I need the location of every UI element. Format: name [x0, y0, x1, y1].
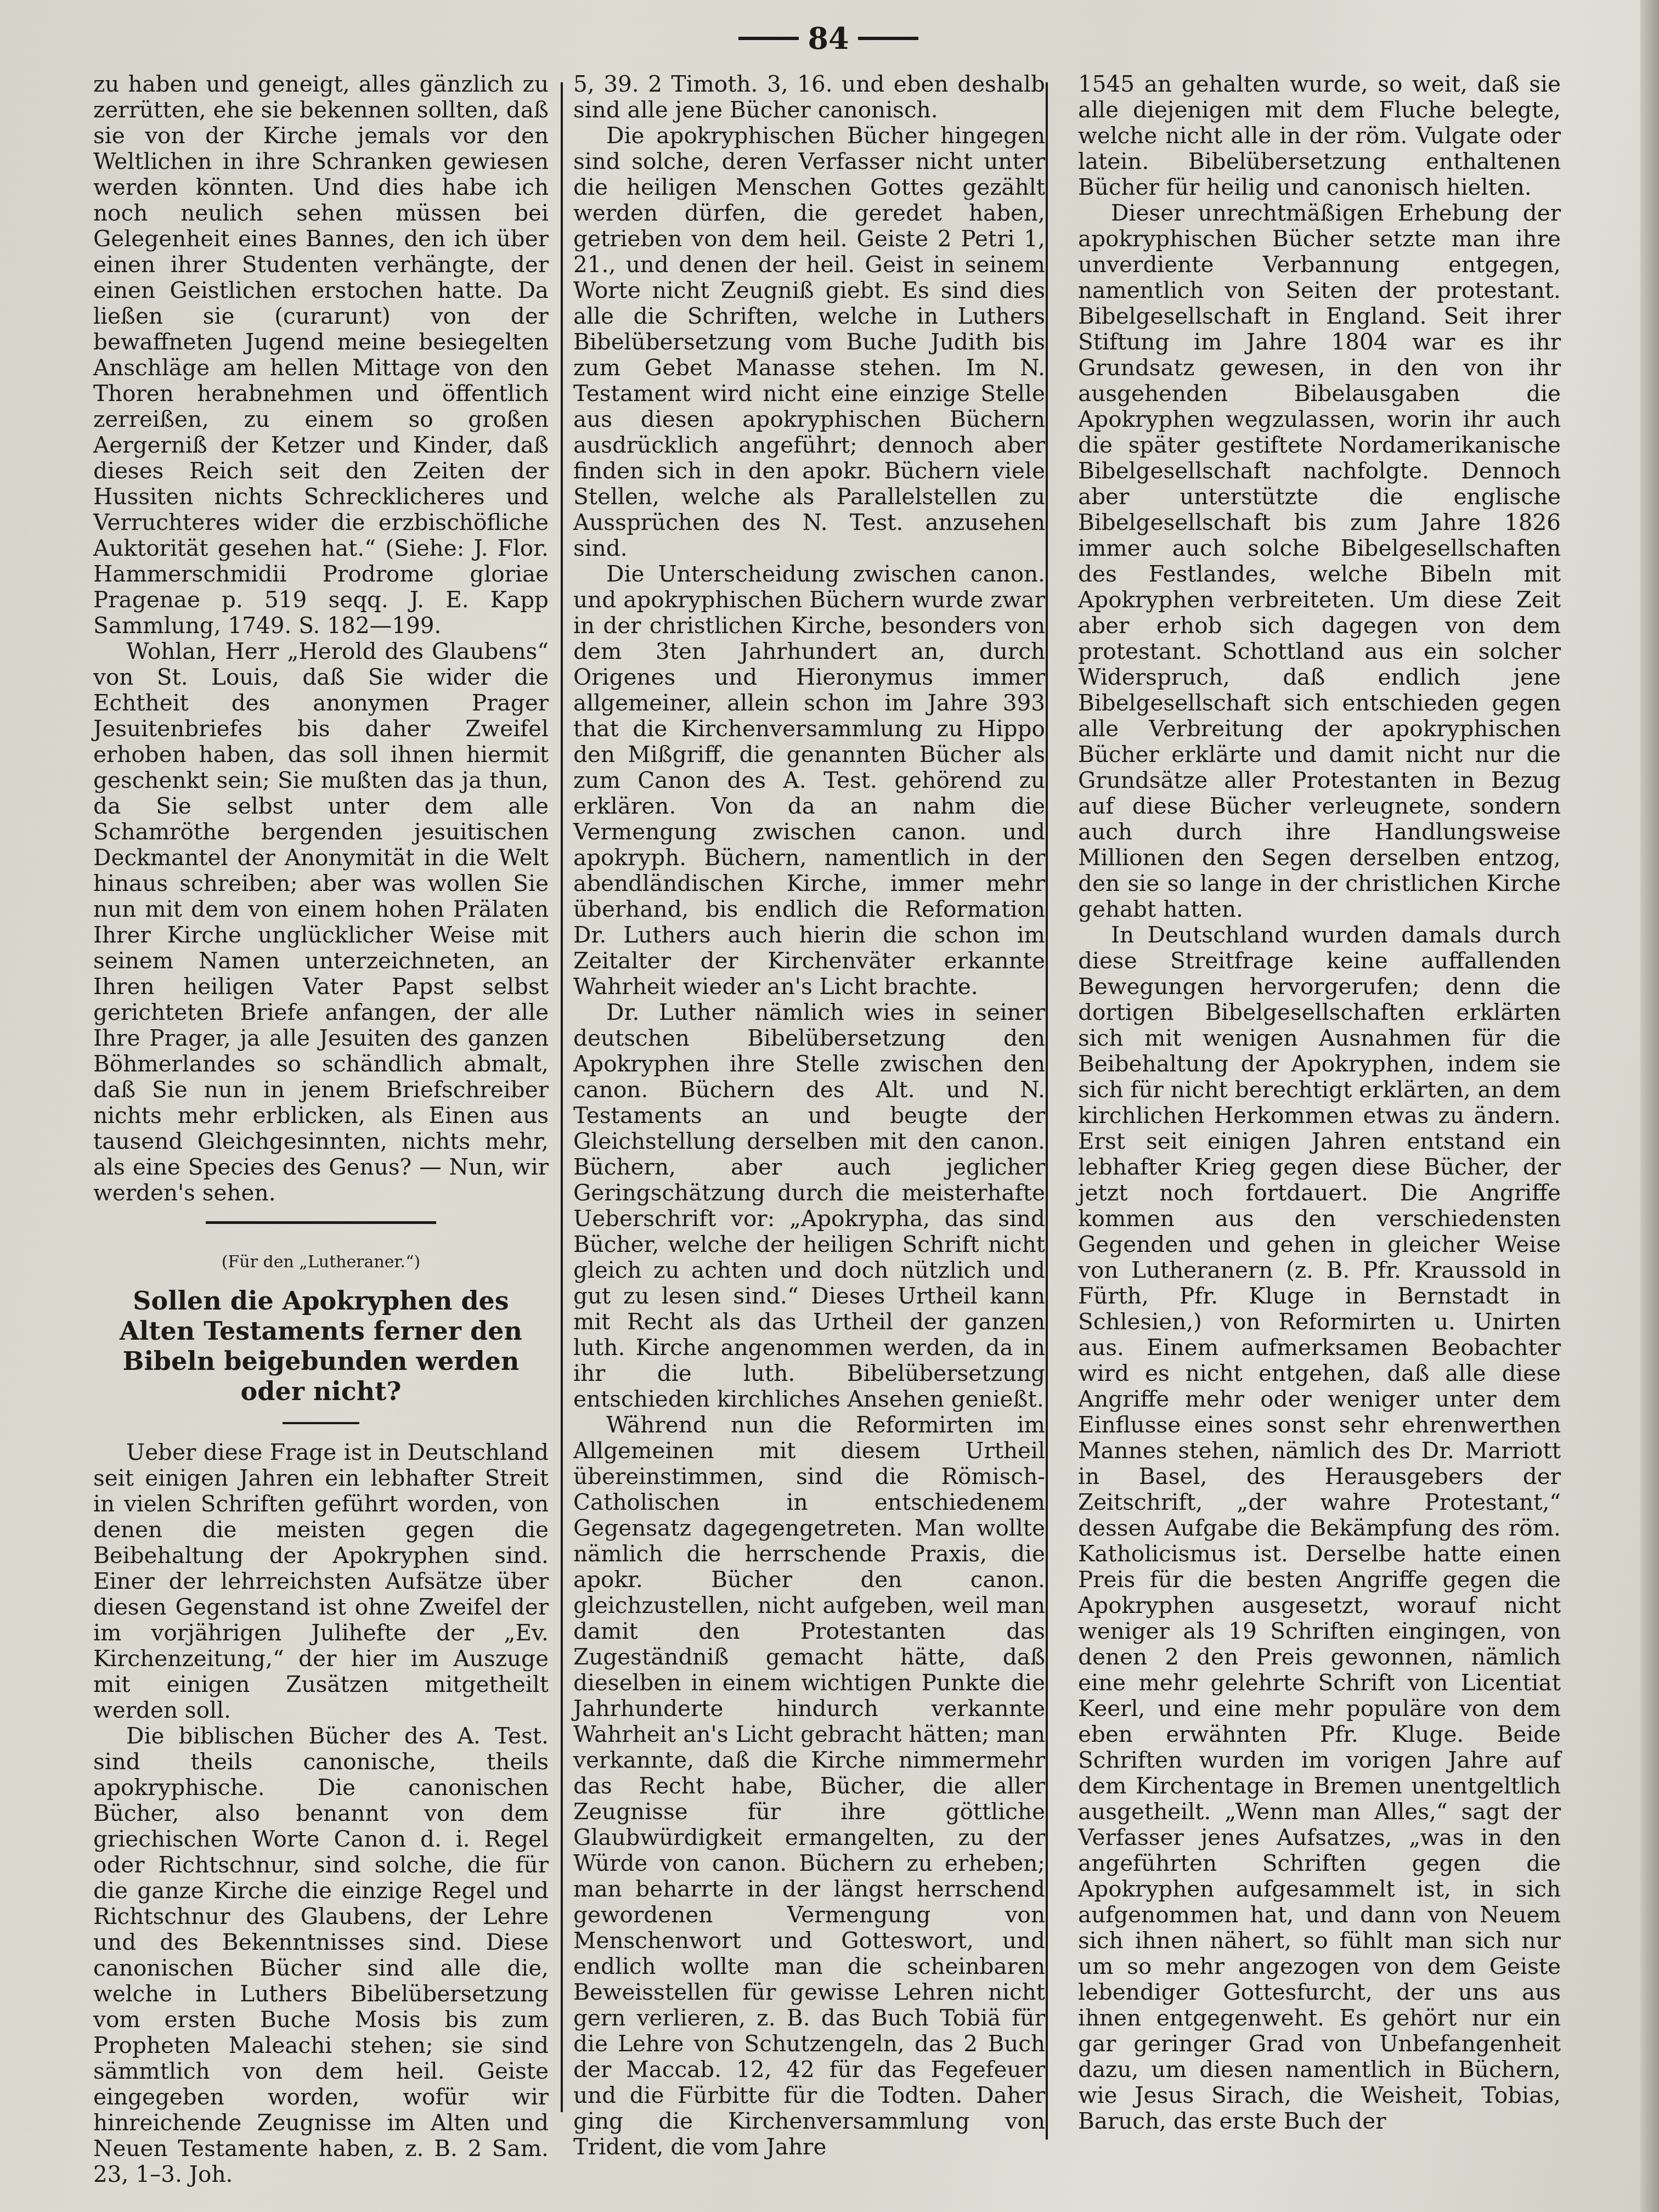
- left-column: zu haben und geneigt, alles gänzlich zu …: [93, 71, 549, 2187]
- headline-divider: [283, 1422, 359, 1424]
- page-number: 84: [808, 21, 849, 56]
- paragraph-continued-quote: zu haben und geneigt, alles gänzlich zu …: [93, 71, 549, 639]
- middle-column: 5, 39. 2 Timoth. 3, 16. und eben deshalb…: [573, 71, 1045, 2160]
- folio-dash-right: [858, 37, 918, 40]
- paragraph-distinction: Die Unterscheidung zwischen canon. und a…: [573, 561, 1045, 1000]
- page-number-header: 84: [735, 16, 922, 60]
- paragraph-luther: Dr. Luther nämlich wies in seiner deutsc…: [573, 1000, 1045, 1412]
- paragraph-apocryphal-books: Die apokryphischen Bücher hingegen sind …: [573, 123, 1045, 561]
- folio-dash-left: [738, 37, 799, 40]
- column-rule-left: [561, 82, 563, 2112]
- paragraph-trident-continued: 1545 an gehalten wurde, so weit, daß sie…: [1078, 71, 1561, 200]
- article-paragraph-2: Die biblischen Bücher des A. Test. sind …: [93, 1723, 549, 2187]
- page-edge-shadow: [1640, 0, 1659, 2212]
- paragraph-herold: Wohlan, Herr „Herold des Glaubens“ von S…: [93, 639, 549, 1206]
- paragraph-germany: In Deutschland wurden damals durch diese…: [1078, 922, 1561, 2134]
- paragraph-reformed: Während nun die Reformirten im Allgemein…: [573, 1412, 1045, 2160]
- article-paragraph-1: Ueber diese Frage ist in Deutschland sei…: [93, 1440, 549, 1723]
- right-column: 1545 an gehalten wurde, so weit, daß sie…: [1078, 71, 1561, 2134]
- section-divider: [206, 1221, 436, 1224]
- column-rule-right: [1046, 82, 1048, 2140]
- paragraph-canonical-continued: 5, 39. 2 Timoth. 3, 16. und eben deshalb…: [573, 71, 1045, 123]
- newspaper-page: 84 zu haben und geneigt, alles gänzlich …: [0, 0, 1659, 2212]
- article-source: (Für den „Lutheraner.“): [93, 1249, 549, 1275]
- article-headline: Sollen die Apokryphen des Alten Testamen…: [93, 1286, 549, 1407]
- paragraph-bible-society: Dieser unrechtmäßigen Erhebung der apokr…: [1078, 200, 1561, 922]
